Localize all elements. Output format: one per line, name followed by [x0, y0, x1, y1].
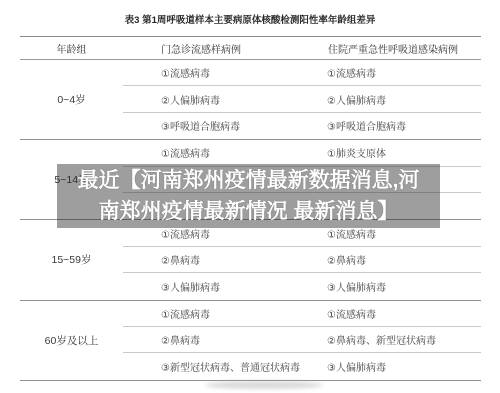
- outpatient-cell: ③新型冠状病毒、普通冠状病毒: [123, 359, 327, 374]
- inpatient-cell: ③人偏肺病毒: [327, 359, 481, 374]
- table-row: ②鼻病毒 ②鼻病毒: [123, 247, 481, 273]
- age-group-label: 60岁及以上: [20, 301, 123, 380]
- age-group-0-4: 0~4岁 ①流感病毒 ①流感病毒 ②人偏肺病毒 ②人偏肺病毒 ③呼吸道合胞病毒 …: [20, 60, 481, 140]
- table-row: ②人偏肺病毒 ②人偏肺病毒: [123, 86, 481, 112]
- table-row: ①流感病毒 ①肺炎支原体: [123, 140, 481, 166]
- age-group-rows: ①流感病毒 ①流感病毒 ②人偏肺病毒 ②人偏肺病毒 ③呼吸道合胞病毒 ③呼吸道合…: [123, 60, 481, 139]
- table-header-row: 年龄组 门急诊流感样病例 住院严重急性呼吸道感染病例: [20, 37, 481, 60]
- table-row: ③新型冠状病毒、普通冠状病毒 ③人偏肺病毒: [123, 353, 481, 379]
- age-group-label: 15~59岁: [20, 220, 123, 299]
- inpatient-cell: ①肺炎支原体: [327, 145, 481, 160]
- outpatient-cell: ①流感病毒: [123, 65, 327, 80]
- inpatient-cell: ②人偏肺病毒: [327, 92, 481, 107]
- table-row: ②鼻病毒 ②鼻病毒、新型冠状病毒: [123, 327, 481, 353]
- overlay-text-line2: 南郑州疫情最新情况 最新消息】: [99, 196, 399, 227]
- outpatient-cell: ③人偏肺病毒: [123, 279, 327, 294]
- inpatient-cell: ①流感病毒: [327, 306, 481, 321]
- age-group-label: 0~4岁: [20, 60, 123, 139]
- age-group-rows: ①流感病毒 ①流感病毒 ②鼻病毒 ②鼻病毒、新型冠状病毒 ③新型冠状病毒、普通冠…: [123, 301, 481, 380]
- table-row: ③人偏肺病毒 ③人偏肺病毒: [123, 273, 481, 299]
- age-group-rows: ①流感病毒 ①流感病毒 ②鼻病毒 ②鼻病毒 ③人偏肺病毒 ③人偏肺病毒: [123, 220, 481, 299]
- age-group-15-59: 15~59岁 ①流感病毒 ①流感病毒 ②鼻病毒 ②鼻病毒 ③人偏肺病毒 ③人偏肺…: [20, 220, 481, 300]
- outpatient-cell: ③呼吸道合胞病毒: [123, 118, 327, 133]
- inpatient-cell: ③人偏肺病毒: [327, 279, 481, 294]
- outpatient-cell: ①流感病毒: [123, 306, 327, 321]
- header-age-group: 年龄组: [20, 41, 123, 56]
- news-title-overlay: 最近【河南郑州疫情最新数据消息,河 南郑州疫情最新情况 最新消息】: [57, 164, 440, 228]
- inpatient-cell: ②鼻病毒、新型冠状病毒: [327, 332, 481, 347]
- table-row: ③呼吸道合胞病毒 ③呼吸道合胞病毒: [123, 113, 481, 139]
- outpatient-cell: ②人偏肺病毒: [123, 92, 327, 107]
- outpatient-cell: ②鼻病毒: [123, 252, 327, 267]
- table-row: ①流感病毒 ①流感病毒: [123, 60, 481, 86]
- inpatient-cell: ①流感病毒: [327, 65, 481, 80]
- inpatient-cell: ③呼吸道合胞病毒: [327, 118, 481, 133]
- figure-page: 表3 第1周呼吸道样本主要病原体核酸检测阳性率年龄组差异 年龄组 门急诊流感样病…: [0, 0, 500, 393]
- outpatient-cell: ②鼻病毒: [123, 332, 327, 347]
- watermark-smudge: [205, 381, 323, 389]
- table-title: 表3 第1周呼吸道样本主要病原体核酸检测阳性率年龄组差异: [0, 12, 500, 26]
- header-inpatient-cases: 住院严重急性呼吸道感染病例: [327, 41, 481, 56]
- outpatient-cell: ①流感病毒: [123, 145, 327, 160]
- overlay-text-line1: 最近【河南郑州疫情最新数据消息,河: [78, 165, 420, 196]
- age-group-60-plus: 60岁及以上 ①流感病毒 ①流感病毒 ②鼻病毒 ②鼻病毒、新型冠状病毒 ③新型冠…: [20, 301, 481, 381]
- header-outpatient-cases: 门急诊流感样病例: [123, 41, 327, 56]
- inpatient-cell: ②鼻病毒: [327, 252, 481, 267]
- table-row: ①流感病毒 ①流感病毒: [123, 301, 481, 327]
